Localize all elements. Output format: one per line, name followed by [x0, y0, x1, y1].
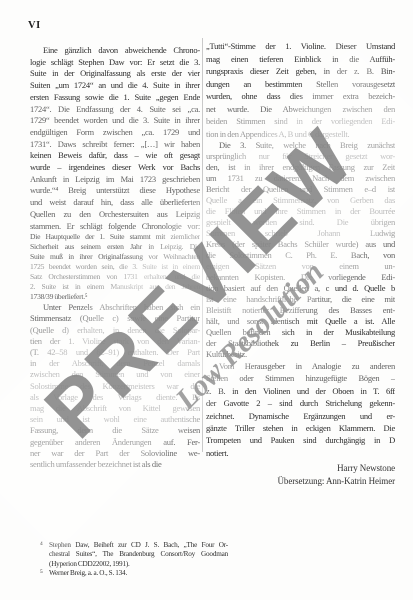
text-line: endgültigen Form zwischen „ca. 1729 und: [30, 127, 200, 139]
text-line: logie schlägt Stephen Daw vor: Er setzt …: [30, 57, 200, 69]
text-line: 1729“ beendet worden und die 3. Suite in…: [30, 115, 200, 127]
text-line: Fassung, denn die Sätze weisen: [30, 425, 200, 436]
text-line: Suite in der Originalfassung als erste d…: [30, 68, 200, 80]
text-line: gegenüber anderen Änderungen auf. Fer-: [30, 437, 200, 448]
paragraph: Die 3. Suite, welche nach Breig zunächst…: [206, 140, 395, 360]
text-line: dungen an bestimmten Stellen vorausgeset…: [206, 78, 395, 91]
text-line: um 1731 zu datieren. Nach dem zwischen: [206, 173, 395, 184]
text-line: „Tutti“-Stimme der 1. Violine. Dieser Um…: [206, 40, 395, 53]
text-line: Suite muß in ihrer Originalfassung vor W…: [30, 252, 200, 262]
text-line: Solostimme des Konzertmeisters war die: [30, 381, 200, 392]
text-line: 1725 beendet worden sein, die 3. Suite i…: [30, 262, 200, 272]
text-line: bekannten Kopisten. Die vorliegende Edi-: [206, 272, 395, 283]
footnote: 4Stephen Daw, Beiheft zur CD J. S. Bach,…: [49, 541, 228, 569]
text-line: einigen Sätzen von einem un-: [206, 261, 395, 272]
text-line: Quelle a ein Stimmensatz, von Gerben das: [206, 195, 395, 206]
text-line: tion in den Appendices A, B und C darges…: [206, 128, 395, 141]
signature-name: Harry Newstone: [206, 462, 395, 475]
text-line: keinen Beweis dafür, dass – wie oft gesa…: [30, 150, 200, 162]
footnote-marker: 4: [40, 541, 43, 547]
footnote-line: Werner Breig, a. a. O., S. 134.: [49, 569, 228, 578]
paragraph: Vom Herausgeber in Analogie zu anderenSt…: [206, 360, 395, 459]
text-line: Ankunft in Leipzig im Mai 1723 geschrieb…: [30, 174, 200, 186]
text-line: Quellen zu den Orchestersuiten aus Leipz…: [30, 209, 200, 221]
text-line: beiden Stimmen sind in der vorliegenden …: [206, 115, 395, 128]
text-line: Bleistift notierter Bezifferung des Bass…: [206, 305, 395, 316]
paragraph: Eine gänzlich davon abweichende Chrono-l…: [30, 45, 200, 232]
text-line: Stellen oder Stimmen hinzugefügte Bögen …: [206, 372, 395, 384]
text-line: gespielt worden sind. Die übrigen: [206, 217, 395, 228]
text-line: 1731“. Daws schreibt ferner: „[…] wir ha…: [30, 139, 200, 151]
text-line: Quellen befinden sich in der Musikabteil…: [206, 327, 395, 338]
footnotes-section: 4Stephen Daw, Beiheft zur CD J. S. Bach,…: [36, 541, 228, 578]
text-line: Sicherheit aus seinem ersten Jahr in Lei…: [30, 242, 200, 252]
text-line: ursprünglich nur für Streicher gesetzt w…: [206, 151, 395, 162]
text-line: gänzte Triller stehen in eckigen Klammer…: [206, 422, 395, 434]
text-line: Die 3. Suite, welche nach Breig zunächst: [206, 140, 395, 151]
text-line: die Flöten und ihre Stimmen in der Bourr…: [206, 206, 395, 217]
text-line: Trompeten und Pauken sind durchgängig in…: [206, 434, 395, 446]
text-line: rungspraxis dieser Zeit geben, in der z.…: [206, 65, 395, 78]
scanned-preface-page: VI Eine gänzlich davon abweichende Chron…: [0, 0, 413, 600]
text-line: z. B. in den Violinen und der Oboen in T…: [206, 385, 395, 397]
text-line: 1738/39 überliefert.⁵: [30, 292, 200, 302]
right-column: „Tutti“-Stimme der 1. Violine. Dieser Um…: [206, 40, 395, 487]
text-line: Suiten „um 1724“ an und die 4. Suite in …: [30, 80, 200, 92]
text-line: Stimmensatz (Quelle c) sowie eine Partit…: [30, 313, 200, 324]
text-line: sentlich umfassender bezeichnet ist als …: [30, 459, 200, 470]
text-line: und weist darauf hin, dass alle überlief…: [30, 197, 200, 209]
text-line: wurde – irgendeines dieser Werk vor Bach…: [30, 162, 200, 174]
paragraph: Unter Penzels Abschriften haben sich ein…: [30, 302, 200, 470]
text-line: (T. 42–58 und 62–91) enthalten. Der Part: [30, 347, 200, 358]
footnote-line: chestral Suites“, The Brandenburg Consor…: [49, 550, 228, 559]
text-line: ist eine handschriftliche Partitur, die …: [206, 294, 395, 305]
paragraph: Die Hauptquelle der 1. Suite stammt mit …: [30, 232, 200, 302]
text-line: Eine gänzlich davon abweichende Chrono-: [30, 45, 200, 57]
text-line: zeichnet. Dynamische Ergänzungen und er-: [206, 410, 395, 422]
text-line: 2. Suite ist in einem Manuskript aus den…: [30, 282, 200, 292]
text-line: der Gavotte 2 – sind durch Strichelung g…: [206, 397, 395, 409]
text-line: wurde.“⁴ Breig unterstützt diese Hypothe…: [30, 185, 200, 197]
text-line: Die Hauptquelle der 1. Suite stammt mit …: [30, 232, 200, 242]
text-line: (Quelle d) erhalten, in denen die Solopa…: [30, 325, 200, 336]
text-line: Bericht der Quellen und Stimmen e–d ist: [206, 184, 395, 195]
footnote: 5Werner Breig, a. a. O., S. 134.: [49, 569, 228, 578]
footnote-marker: 5: [40, 569, 43, 575]
column-divider: [202, 38, 203, 452]
text-line: ner war der Part der Solovioline we-: [30, 448, 200, 459]
text-line: Stimmen schrieb Johann Ludwig: [206, 228, 395, 239]
text-line: mag einen tieferen Einblick in die Auffü…: [206, 53, 395, 66]
text-line: Kulturbesitz.: [206, 349, 395, 360]
text-line: wurden, ohne dass dies immer extra bezei…: [206, 90, 395, 103]
text-line: zwischen den Stimmen und von einer: [30, 369, 200, 380]
text-line: stammen. Er schlägt folgende Chronologie…: [30, 221, 200, 233]
right-column-paragraphs: „Tutti“-Stimme der 1. Violine. Dieser Um…: [206, 40, 395, 459]
text-line: mag die Abschrift von Kittel gewesen: [30, 403, 200, 414]
text-line: Unter Penzels Abschriften haben sich ein: [30, 302, 200, 313]
text-line: ersten Fassung sowie die 1. Suite „gegen…: [30, 92, 200, 104]
text-line: tien der 1. Violine stark von den Varian…: [30, 336, 200, 347]
signature-block: Harry Newstone Übersetzung: Ann-Katrin H…: [206, 462, 395, 487]
paragraph: „Tutti“-Stimme der 1. Violine. Dieser Um…: [206, 40, 395, 140]
text-line: die Solostimmen C. Ph. E. Bach, von: [206, 250, 395, 261]
text-line: Krebs (der später Bachs Schüler wurde) a…: [206, 239, 395, 250]
text-line: tion basiert auf den Quellen a, c und d.…: [206, 283, 395, 294]
text-line: 1724“. Die Endfassung der 4. Suite sei „…: [30, 104, 200, 116]
text-line: Satz Orchesterstimmen von 1731 erhalten,…: [30, 272, 200, 282]
text-line: hält, und sonst identisch mit Quelle a i…: [206, 316, 395, 327]
text-line: in der Abschrift, dem Penzel damals: [30, 358, 200, 369]
footnote-line: (Hyperion CDD22002, 1991).: [49, 560, 228, 569]
text-line: notiert.: [206, 447, 395, 459]
signature-translation: Übersetzung: Ann-Katrin Heimer: [206, 475, 395, 488]
text-line: Vom Herausgeber in Analogie zu anderen: [206, 360, 395, 372]
footnote-line: Stephen Daw, Beiheft zur CD J. S. Bach, …: [49, 541, 228, 550]
text-line: sein und ist wohl eine authentische: [30, 414, 200, 425]
page-number: VI: [28, 20, 41, 31]
text-line: als Vorlage des Verlags diente. Es: [30, 392, 200, 403]
left-column: Eine gänzlich davon abweichende Chrono-l…: [30, 45, 200, 470]
text-line: der Staatsbibliothek zu Berlin – Preußis…: [206, 338, 395, 349]
text-line: den, ist in ihrer endgültigen Fassung zu…: [206, 162, 395, 173]
text-line: net wurde. Die Abweichungen zwischen den: [206, 103, 395, 116]
